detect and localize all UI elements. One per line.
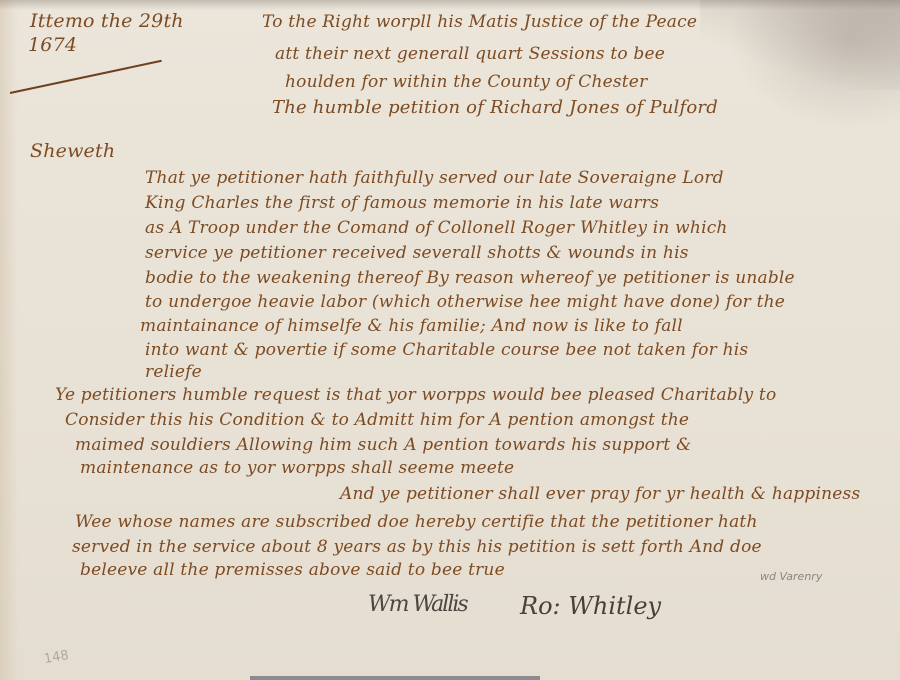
body-line-6: to undergoe heavie labor (which otherwis… [145, 292, 785, 312]
signature-wallis: Wm Wallis [368, 592, 467, 617]
closing-prayer: And ye petitioner shall ever pray for yr… [340, 484, 860, 504]
body-line-1: That ye petitioner hath faithfully serve… [145, 168, 724, 188]
address-line-1: To the Right worpll his Matis Justice of… [262, 12, 697, 32]
body-line-5: bodie to the weakening thereof By reason… [145, 268, 795, 288]
petition-title: The humble petition of Richard Jones of … [272, 97, 718, 118]
certificate-line-3: beleeve all the premisses above said to … [80, 560, 505, 580]
address-line-3: houlden for within the County of Chester [285, 72, 647, 92]
mount-edge [250, 676, 540, 680]
body-line-3: as A Troop under the Comand of Collonell… [145, 218, 728, 238]
request-line-1: Ye petitioners humble request is that yo… [55, 385, 776, 405]
salutation: Sheweth [30, 140, 115, 162]
request-line-4: maintenance as to yor worpps shall seeme… [80, 458, 514, 478]
body-line-2: King Charles the first of famous memorie… [145, 193, 659, 213]
address-line-2: att their next generall quart Sessions t… [275, 44, 665, 64]
certificate-line-2: served in the service about 8 years as b… [72, 537, 762, 557]
body-line-9: reliefe [145, 362, 202, 382]
body-line-8: into want & povertie if some Charitable … [145, 340, 748, 360]
request-line-3: maimed souldiers Allowing him such A pen… [75, 435, 691, 455]
date-line-1: Ittemo the 29th [30, 10, 184, 32]
body-line-7: maintainance of himselfe & his familie; … [140, 316, 683, 336]
page-corner-stain [700, 0, 900, 90]
signature-whitley: Ro: Whitley [520, 592, 661, 620]
body-line-4: service ye petitioner received severall … [145, 243, 689, 263]
request-line-2: Consider this his Condition & to Admitt … [65, 410, 689, 430]
date-line-2: 1674 [28, 34, 77, 56]
pencil-annotation: wd Varenry [760, 570, 822, 583]
certificate-line-1: Wee whose names are subscribed doe hereb… [75, 512, 758, 532]
